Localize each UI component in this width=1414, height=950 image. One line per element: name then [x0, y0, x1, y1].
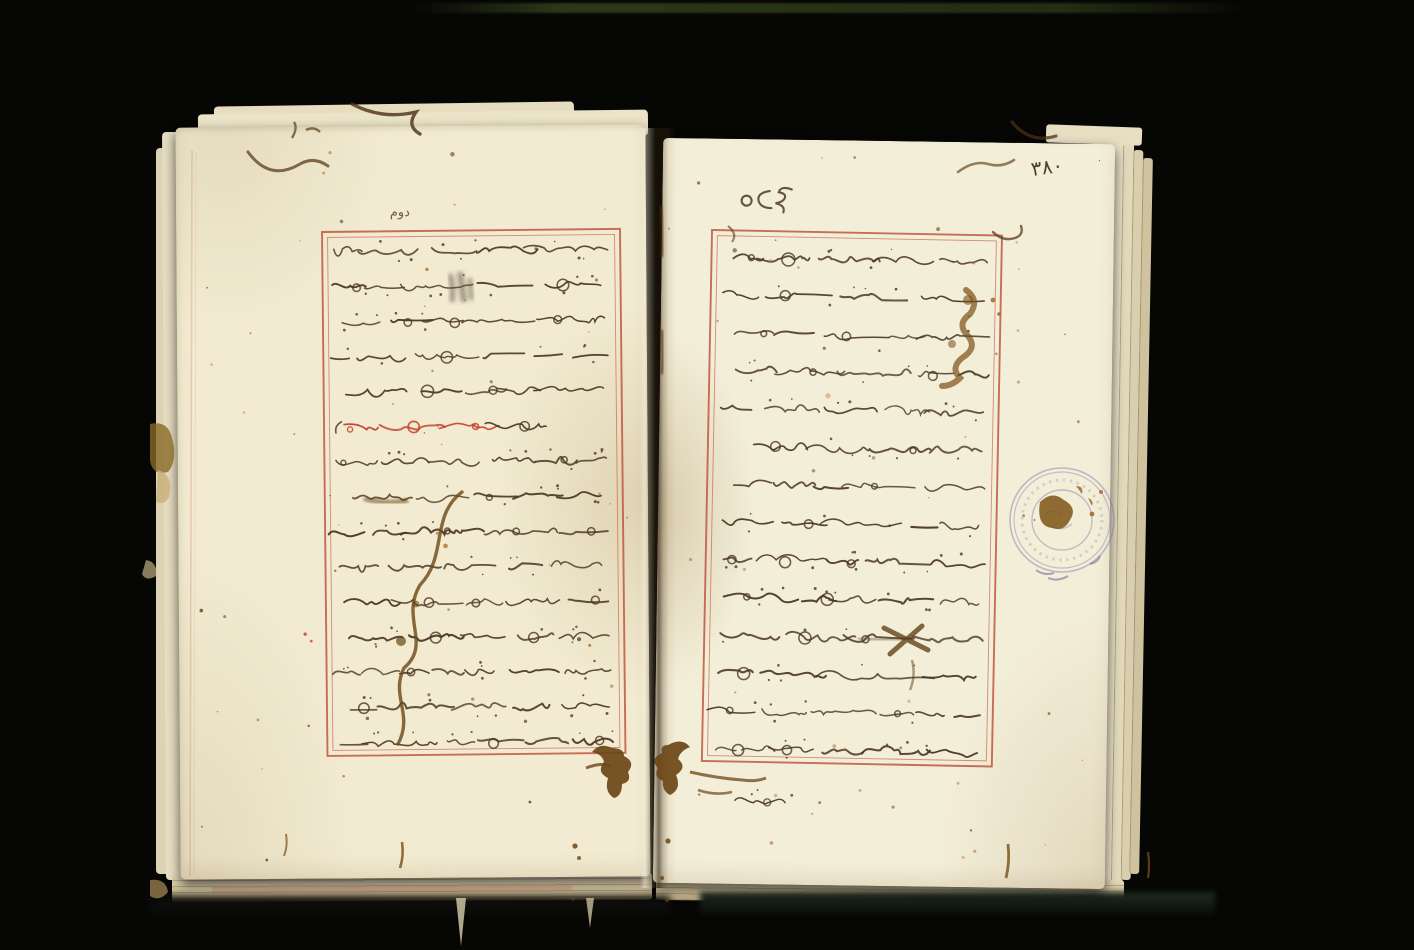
- rubric-line: [336, 419, 547, 434]
- foxing-specks: [200, 151, 1101, 861]
- scanner-light-band: [410, 3, 1250, 13]
- photo-background: دوم ٣٨٠: [0, 0, 1414, 950]
- right-page-text-lines: [706, 247, 991, 763]
- catchword: [735, 789, 794, 807]
- left-page-text-lines: [326, 238, 614, 750]
- ink-stains: [142, 104, 1149, 946]
- right-text-frame: [702, 230, 1002, 766]
- red-margin-dots: [303, 632, 312, 642]
- ink-overlay: دوم ٣٨٠: [0, 0, 1414, 950]
- page-crease-left: [190, 150, 196, 876]
- folio-number-group: ٣٨٠: [958, 153, 1065, 239]
- right-header-mark: [741, 187, 791, 212]
- left-header-word: دوم: [390, 205, 410, 220]
- folio-number: ٣٨٠: [1029, 153, 1064, 181]
